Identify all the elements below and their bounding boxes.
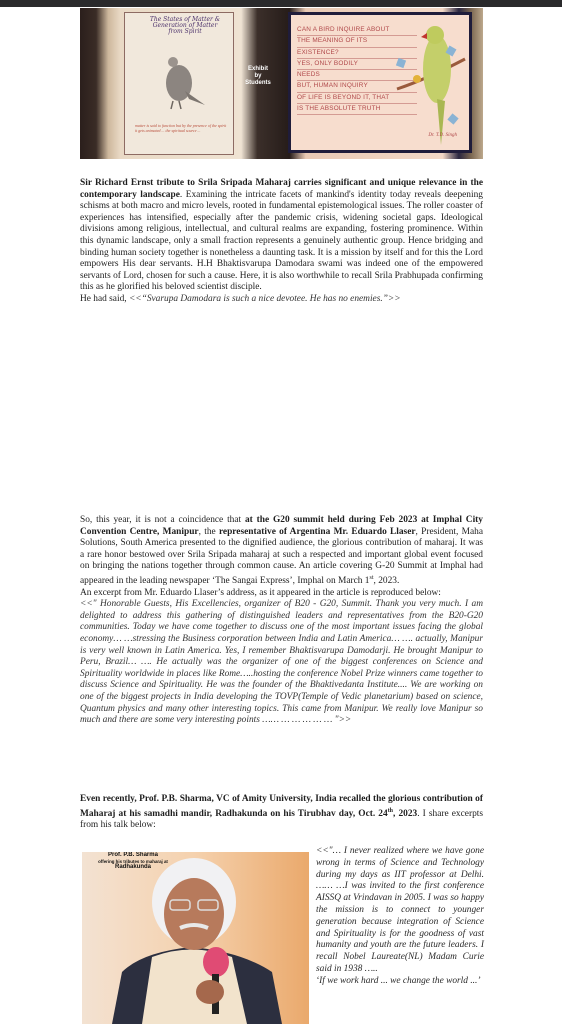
llaser-quote: <<" Honorable Guests, His Excellencies, …: [80, 599, 483, 725]
exhibit-label: Exhibit by Students: [238, 66, 278, 87]
pigeon-drawing-icon: [155, 53, 207, 111]
parrot-drawing-icon: [387, 19, 469, 149]
paragraph-ernst-tribute: Sir Richard Ernst tribute to Srila Sripa…: [80, 178, 483, 306]
cutoff-line: ‘If we work hard ... we change the world…: [316, 976, 480, 986]
top-status-bar: [0, 0, 562, 7]
sharma-quote: <<"… I never realized where we have gone…: [316, 846, 484, 988]
paragraph-sharma-intro: Even recently, Prof. P.B. Sharma, VC of …: [80, 794, 483, 832]
poster-states-of-matter: The States of Matter & Generation of Mat…: [124, 12, 234, 155]
poster-left-title: The States of Matter & Generation of Mat…: [145, 17, 225, 35]
sharma-photo: Prof. P.B. Sharma offering his tributes …: [82, 852, 309, 1024]
excerpt-intro: An excerpt from Mr. Eduardo Llaser’s add…: [80, 588, 441, 598]
poster-bird-inquiry: CAN A BIRD INQUIRE ABOUT THE MEANING OF …: [288, 12, 472, 153]
speaker-photo-icon: [82, 852, 309, 1024]
exhibit-photo: The States of Matter & Generation of Mat…: [80, 8, 483, 159]
poster-signature: Dr. T.D. Singh: [428, 133, 457, 138]
paragraph-g20-summit: So, this year, it is not a coincidence t…: [80, 515, 483, 727]
photo-caption: Prof. P.B. Sharma offering his tributes …: [82, 852, 184, 871]
prabhupada-quote: <<“Svarupa Damodara is such a nice devot…: [129, 294, 401, 304]
poster-left-note: matter is said to function but by the pr…: [135, 123, 227, 133]
